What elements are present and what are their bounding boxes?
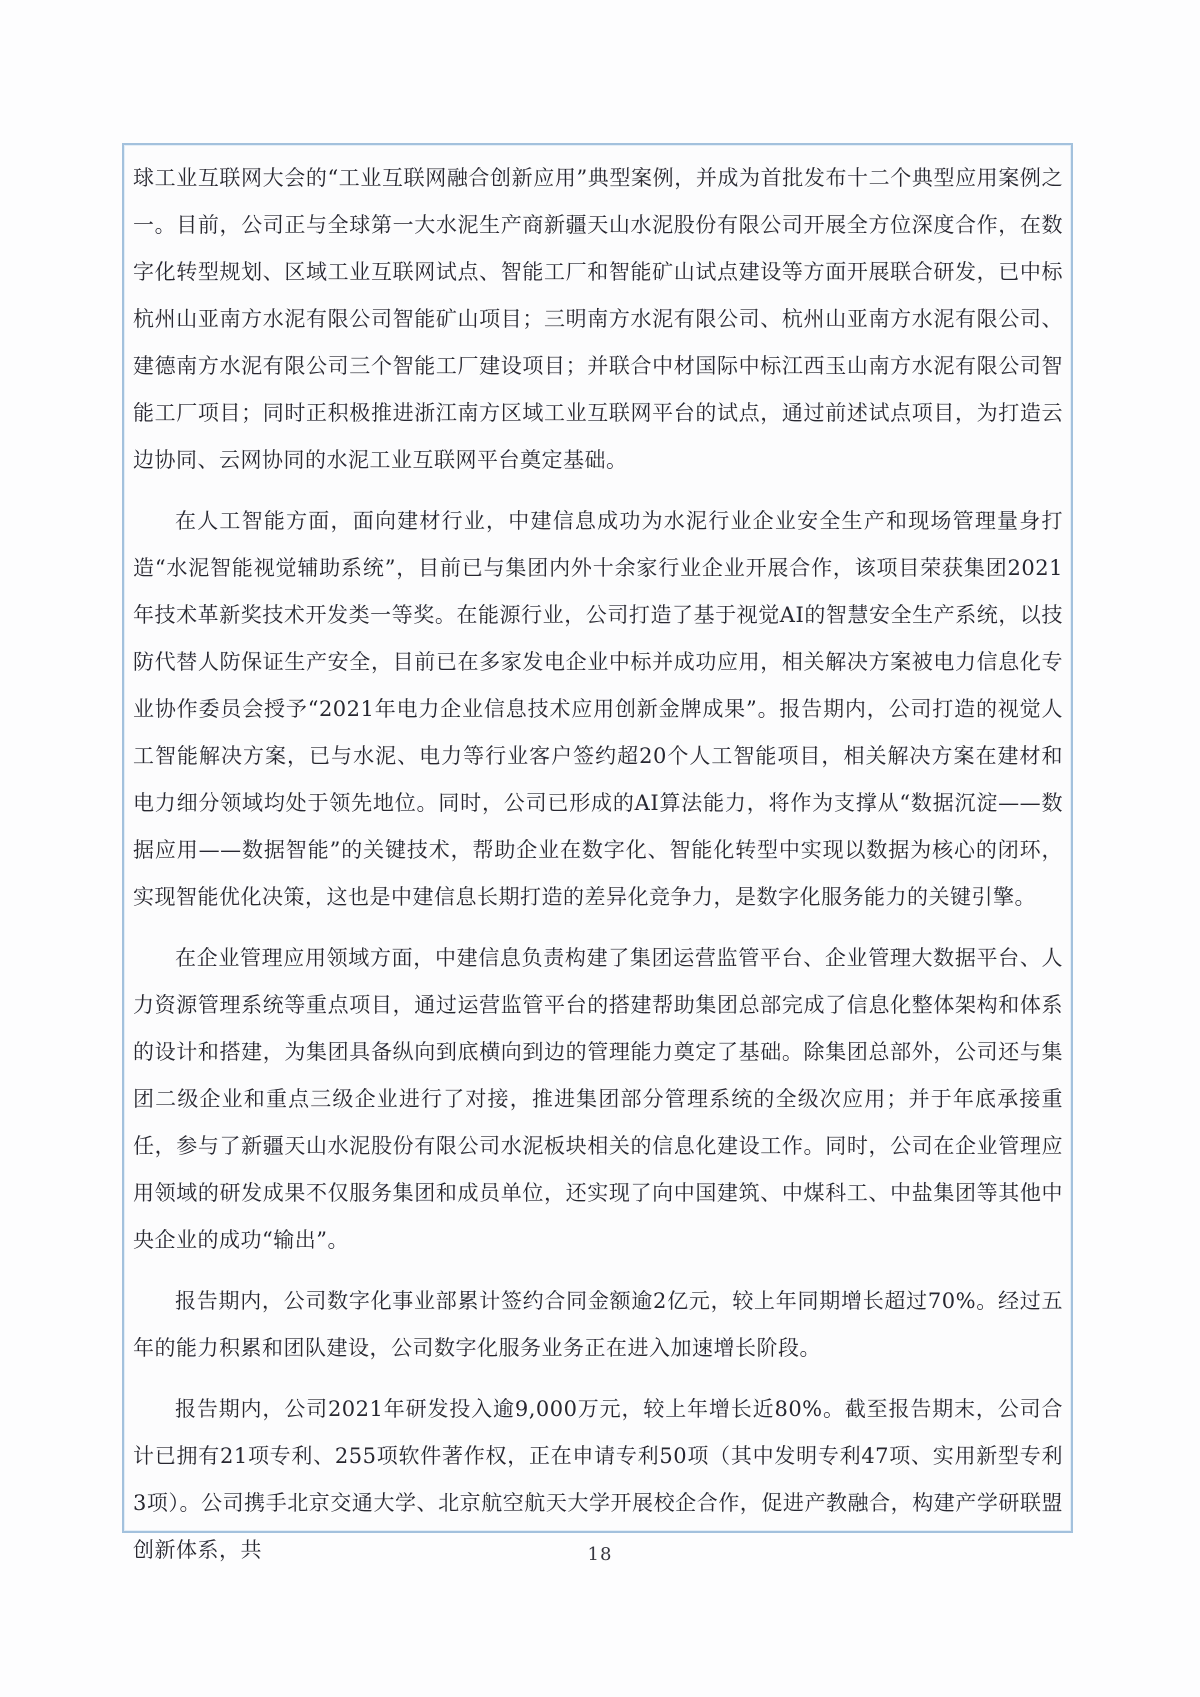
paragraph: 在企业管理应用领域方面，中建信息负责构建了集团运营监管平台、企业管理大数据平台、… [133, 935, 1063, 1264]
body-text: 球工业互联网大会的“工业互联网融合创新应用”典型案例，并成为首批发布十二个典型应… [133, 155, 1063, 1574]
document-page: 球工业互联网大会的“工业互联网融合创新应用”典型案例，并成为首批发布十二个典型应… [0, 0, 1200, 1697]
paragraph: 报告期内，公司数字化事业部累计签约合同金额逾2亿元，较上年同期增长超过70%。经… [133, 1278, 1063, 1372]
paragraph: 在人工智能方面，面向建材行业，中建信息成功为水泥行业企业安全生产和现场管理量身打… [133, 498, 1063, 921]
page-number: 18 [0, 1544, 1200, 1565]
content-border-box: 球工业互联网大会的“工业互联网融合创新应用”典型案例，并成为首批发布十二个典型应… [122, 143, 1073, 1533]
paragraph: 球工业互联网大会的“工业互联网融合创新应用”典型案例，并成为首批发布十二个典型应… [133, 155, 1063, 484]
